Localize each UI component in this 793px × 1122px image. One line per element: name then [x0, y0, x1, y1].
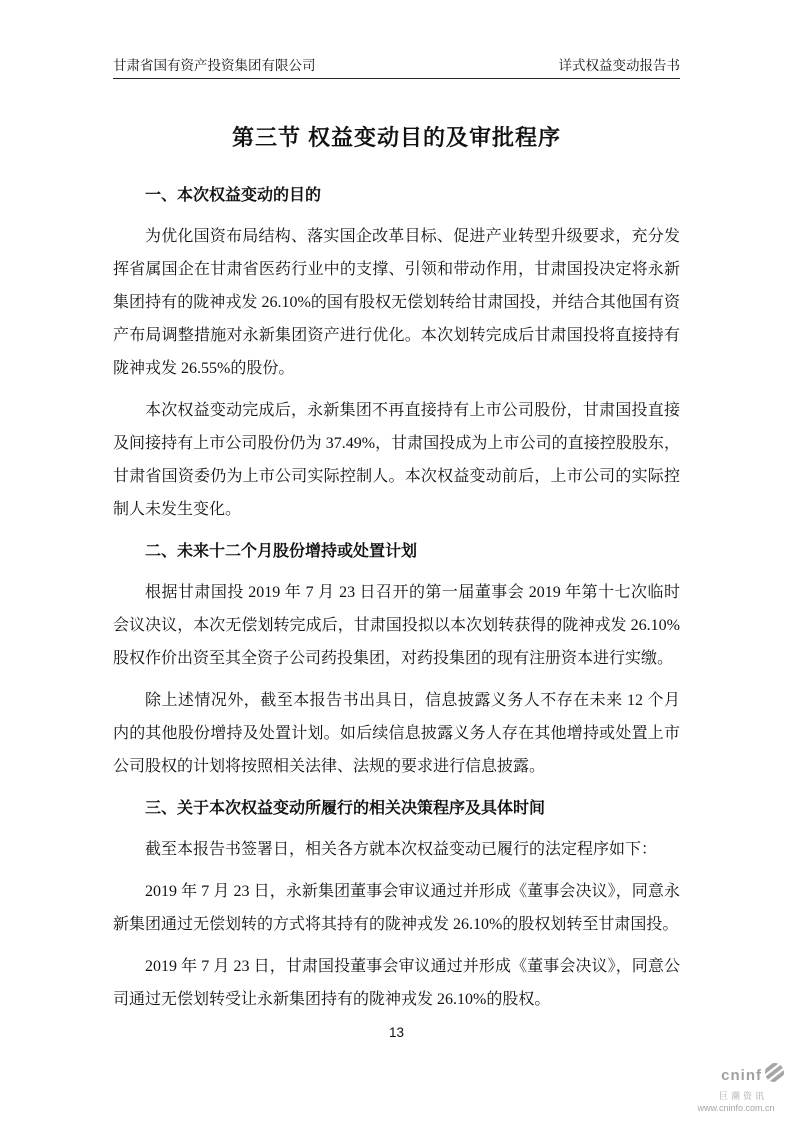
page-header: 甘肃省国有资产投资集团有限公司 详式权益变动报告书 [113, 0, 680, 79]
cninfo-brand-text: cninf [721, 1067, 762, 1084]
paragraph: 除上述情况外，截至本报告书出具日，信息披露义务人不存在未来 12 个月内的其他股… [113, 684, 680, 783]
chapter-title: 第三节 权益变动目的及审批程序 [113, 123, 680, 153]
page-number: 13 [113, 1025, 680, 1040]
header-company-name: 甘肃省国有资产投资集团有限公司 [113, 57, 316, 74]
paragraph: 截至本报告书签署日，相关各方就本次权益变动已履行的法定程序如下： [113, 833, 680, 866]
paragraph: 为优化国资布局结构、落实国企改革目标、促进产业转型升级要求，充分发挥省属国企在甘… [113, 220, 680, 385]
paragraph: 2019 年 7 月 23 日，甘肃国投董事会审议通过并形成《董事会决议》，同意… [113, 950, 680, 1016]
cninfo-watermark: cninf 巨潮资讯 www.cninfo.com.cn [685, 1062, 787, 1113]
paragraph: 本次权益变动完成后，永新集团不再直接持有上市公司股份，甘肃国投直接及间接持有上市… [113, 394, 680, 526]
document-page: 甘肃省国有资产投资集团有限公司 详式权益变动报告书 第三节 权益变动目的及审批程… [113, 0, 680, 1040]
cninfo-url: www.cninfo.com.cn [685, 1103, 787, 1113]
section-heading-3: 三、关于本次权益变动所履行的相关决策程序及具体时间 [113, 792, 680, 825]
paragraph: 根据甘肃国投 2019 年 7 月 23 日召开的第一届董事会 2019 年第十… [113, 576, 680, 675]
cninfo-swirl-icon [764, 1062, 785, 1088]
section-heading-2: 二、未来十二个月股份增持或处置计划 [113, 535, 680, 568]
cninfo-brand-row: cninf [685, 1062, 787, 1088]
cninfo-chinese-name: 巨潮资讯 [685, 1089, 787, 1102]
paragraph: 2019 年 7 月 23 日，永新集团董事会审议通过并形成《董事会决议》，同意… [113, 875, 680, 941]
header-report-title: 详式权益变动报告书 [559, 57, 681, 74]
section-heading-1: 一、本次权益变动的目的 [113, 179, 680, 212]
